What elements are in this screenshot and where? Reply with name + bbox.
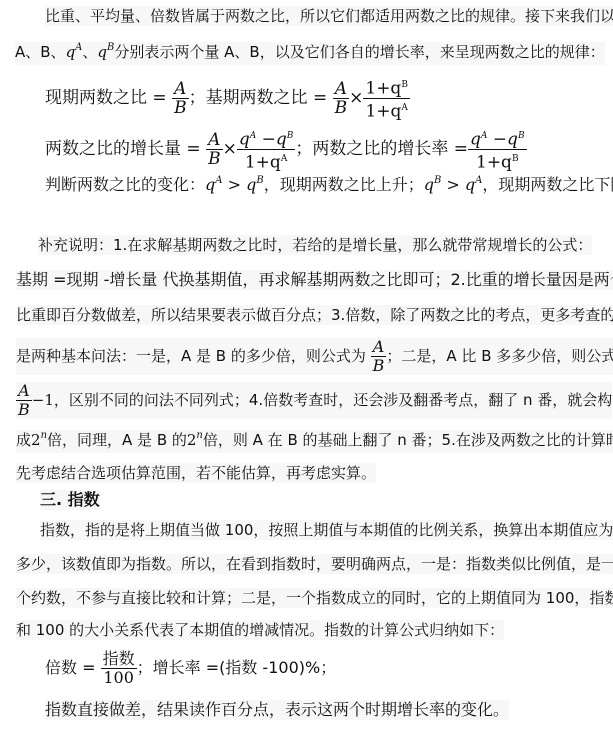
fraction-a-over-b: AB — [371, 338, 387, 375]
fraction-a-over-b: AB — [16, 382, 32, 419]
formula-ratio-growth: 两数之比的增长量 = AB×qA −qB1+qA；两数之比的增长率 =qA −q… — [45, 127, 527, 171]
supp-line-2: 基期 =现期 -增长量 代换基期值，再求解基期两数之比即可；2.比重的增长量因是… — [16, 270, 613, 290]
fraction-growth-ratio: 1+qB1+qA — [363, 76, 410, 120]
fraction-growth-rate: qA −qB1+qB — [468, 127, 527, 171]
index-line-2: 多少，该数值即为指数。所以，在看到指数时，要明确两点，一是：指数类似比例值，是一 — [16, 554, 613, 574]
index-line-3: 个约数，不参与直接比较和计算；二是，一个指数成立的同时，它的上期值同为 100，… — [16, 588, 613, 608]
section-heading-index: 三. 指数 — [40, 490, 100, 510]
intro-line-1: 比重、平均量、倍数皆属于两数之比，所以它们都适用两数之比的规律。接下来我们以 — [45, 6, 613, 26]
fraction-a-over-b: AB — [333, 80, 350, 117]
supp-line-1: 补充说明：1.在求解基期两数之比时，若给的是增长量，那么就带常规增长的公式： — [38, 235, 592, 255]
intro-line-2-start: A、B、 — [15, 43, 66, 61]
fraction-growth-amount: qA −qB1+qA — [237, 127, 296, 171]
fraction-a-over-b: AB — [206, 131, 223, 168]
formula-index: 倍数 = 指数100；增长率 =(指数 -100)%； — [45, 650, 336, 687]
supp-line-7: 先考虑结合选项估算范围，若不能估算，再考虑实算。 — [16, 463, 376, 483]
intro-line-2: A、B、qA、qB分别表示两个量 A、B，以及它们各自的增长率，来呈现两数之比的… — [15, 42, 605, 65]
formula-ratio-change: 判断两数之比的变化：qA > qB，现期两数之比上升；qB > qA，现期两数之… — [45, 172, 613, 195]
fraction-a-over-b: AB — [172, 80, 189, 117]
supp-line-5: AB−1，区别不同的问法不同列式；4.倍数考查时，还会涉及翻番考点，翻了 n 番… — [16, 382, 612, 419]
index-line-1: 指数，指的是将上期值当做 100，按照上期值与本期值的比例关系，换算出本期值应为 — [40, 520, 613, 540]
index-line-4: 和 100 的大小关系代表了本期值的增减情况。指数的计算公式归纳如下： — [16, 620, 504, 640]
fraction-index-over-100: 指数100 — [101, 650, 137, 687]
supp-line-3: 比重即百分数做差，所以结果要表示做百分点；3.倍数，除了两数之比的考点，更多考查… — [16, 305, 613, 325]
supp-line-6: 成2n倍，同理，A 是 B 的2n倍，则 A 在 B 的基础上翻了 n 番；5.… — [16, 430, 613, 453]
index-last-line: 指数直接做差，结果读作百分点，表示这两个时期增长率的变化。 — [45, 700, 509, 720]
formula-ratio-current-base: 现期两数之比 = AB；基期两数之比 = AB×1+qB1+qA — [45, 76, 410, 120]
supp-line-4: 是两种基本问法：一是，A 是 B 的多少倍，则公式为 AB；二是，A 比 B 多… — [16, 338, 613, 375]
